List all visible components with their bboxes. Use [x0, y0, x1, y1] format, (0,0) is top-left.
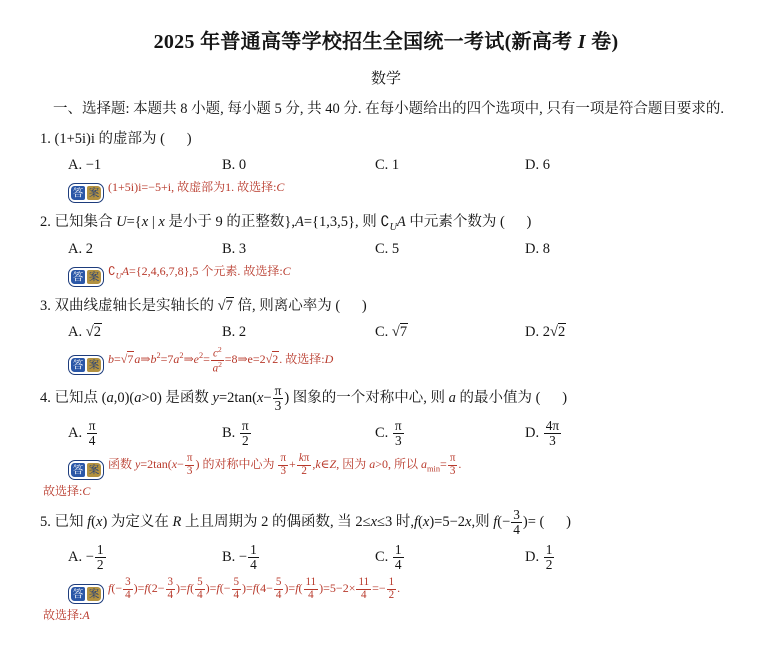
question-1-answer-text: (1+5i)i=−5+i, 故虚部为1. 故选择:C	[108, 180, 284, 194]
question-5-option-d: D. 12	[525, 543, 732, 572]
question-1-stem: 1. (1+5i)i 的虚部为 ( )	[40, 129, 732, 151]
question-5-option-a: A. −12	[68, 543, 222, 572]
question-1: 1. (1+5i)i 的虚部为 ( ) A. −1 B. 0 C. 1 D. 6…	[40, 129, 732, 203]
question-5-options: A. −12 B. −14 C. 14 D. 12	[40, 543, 732, 572]
answer-badge-right: 案	[87, 463, 101, 477]
answer-badge-left: 答	[71, 463, 85, 477]
question-3-options: A. √2 B. 2 C. √7 D. 2√2	[40, 324, 732, 341]
question-2-options: A. 2 B. 3 C. 5 D. 8	[40, 241, 732, 258]
question-5-answer: 答案f(−34)=f(2−34)=f(54)=f(−54)=f(4−54)=f(…	[40, 577, 732, 604]
question-2-answer: 答案∁UA={2,4,6,7,8},5 个元素. 故选择:C	[40, 263, 732, 287]
question-3-answer: 答案b=√7a⇒b2=7a2⇒e2=c2a2=8⇒e=2√2. 故选择:D	[40, 346, 732, 376]
question-1-option-b: B. 0	[222, 157, 375, 174]
answer-badge-right: 案	[87, 587, 101, 601]
answer-badge-icon: 答案	[68, 267, 104, 287]
question-2-stem: 2. 已知集合 U={x | x 是小于 9 的正整数},A={1,3,5}, …	[40, 212, 732, 235]
answer-badge-left: 答	[71, 270, 85, 284]
question-1-options: A. −1 B. 0 C. 1 D. 6	[40, 157, 732, 174]
answer-badge-left: 答	[71, 186, 85, 200]
question-4-stem: 4. 已知点 (a,0)(a>0) 是函数 y=2tan(x−π3) 图象的一个…	[40, 384, 732, 413]
answer-badge-right: 案	[87, 186, 101, 200]
question-5-option-b: B. −14	[222, 543, 375, 572]
question-2-option-c: C. 5	[375, 241, 525, 258]
answer-badge-left: 答	[71, 587, 85, 601]
section-intro: 一、选择题: 本题共 8 小题, 每小题 5 分, 共 40 分. 在每小题给出…	[40, 99, 732, 120]
question-5-stem: 5. 已知 f(x) 为定义在 R 上且周期为 2 的偶函数, 当 2≤x≤3 …	[40, 508, 732, 537]
question-3-stem: 3. 双曲线虚轴长是实轴长的 √7 倍, 则离心率为 ( )	[40, 296, 732, 318]
question-4-options: A. π4 B. π2 C. π3 D. 4π3	[40, 419, 732, 448]
question-4-option-d: D. 4π3	[525, 419, 732, 448]
subject-title: 数学	[40, 67, 732, 88]
question-1-answer: 答案(1+5i)i=−5+i, 故虚部为1. 故选择:C	[40, 179, 732, 203]
question-3-option-b: B. 2	[222, 324, 375, 341]
question-5-option-c: C. 14	[375, 543, 525, 572]
question-4-answer-choice: 故选择:C	[40, 482, 732, 499]
question-3-option-d: D. 2√2	[525, 324, 732, 341]
answer-badge-icon: 答案	[68, 355, 104, 375]
question-5-answer-text: f(−34)=f(2−34)=f(54)=f(−54)=f(4−54)=f(11…	[108, 581, 400, 595]
question-3-option-c: C. √7	[375, 324, 525, 341]
question-5: 5. 已知 f(x) 为定义在 R 上且周期为 2 的偶函数, 当 2≤x≤3 …	[40, 508, 732, 623]
answer-badge-right: 案	[87, 270, 101, 284]
question-2-option-a: A. 2	[68, 241, 222, 258]
question-1-option-d: D. 6	[525, 157, 732, 174]
question-4-answer-text: 函数 y=2tan(x−π3) 的对称中心为 π3+kπ2,k∈Z, 因为 a>…	[108, 457, 461, 471]
question-3: 3. 双曲线虚轴长是实轴长的 √7 倍, 则离心率为 ( ) A. √2 B. …	[40, 296, 732, 375]
answer-badge-icon: 答案	[68, 460, 104, 480]
question-2: 2. 已知集合 U={x | x 是小于 9 的正整数},A={1,3,5}, …	[40, 212, 732, 287]
question-4-option-b: B. π2	[222, 419, 375, 448]
answer-badge-left: 答	[71, 358, 85, 372]
question-3-answer-text: b=√7a⇒b2=7a2⇒e2=c2a2=8⇒e=2√2. 故选择:D	[108, 352, 333, 366]
question-3-option-a: A. √2	[68, 324, 222, 341]
question-2-option-d: D. 8	[525, 241, 732, 258]
exam-page: 2025 年普通高等学校招生全国统一考试(新高考 I 卷) 数学 一、选择题: …	[0, 0, 762, 623]
answer-badge-right: 案	[87, 358, 101, 372]
question-2-option-b: B. 3	[222, 241, 375, 258]
question-1-option-c: C. 1	[375, 157, 525, 174]
question-4: 4. 已知点 (a,0)(a>0) 是函数 y=2tan(x−π3) 图象的一个…	[40, 384, 732, 499]
question-1-option-a: A. −1	[68, 157, 222, 174]
answer-badge-icon: 答案	[68, 584, 104, 604]
question-4-option-c: C. π3	[375, 419, 525, 448]
question-2-answer-text: ∁UA={2,4,6,7,8},5 个元素. 故选择:C	[108, 264, 291, 278]
question-5-answer-choice: 故选择:A	[40, 606, 732, 623]
question-4-option-a: A. π4	[68, 419, 222, 448]
question-4-answer: 答案函数 y=2tan(x−π3) 的对称中心为 π3+kπ2,k∈Z, 因为 …	[40, 453, 732, 480]
page-title: 2025 年普通高等学校招生全国统一考试(新高考 I 卷)	[40, 25, 732, 54]
answer-badge-icon: 答案	[68, 183, 104, 203]
